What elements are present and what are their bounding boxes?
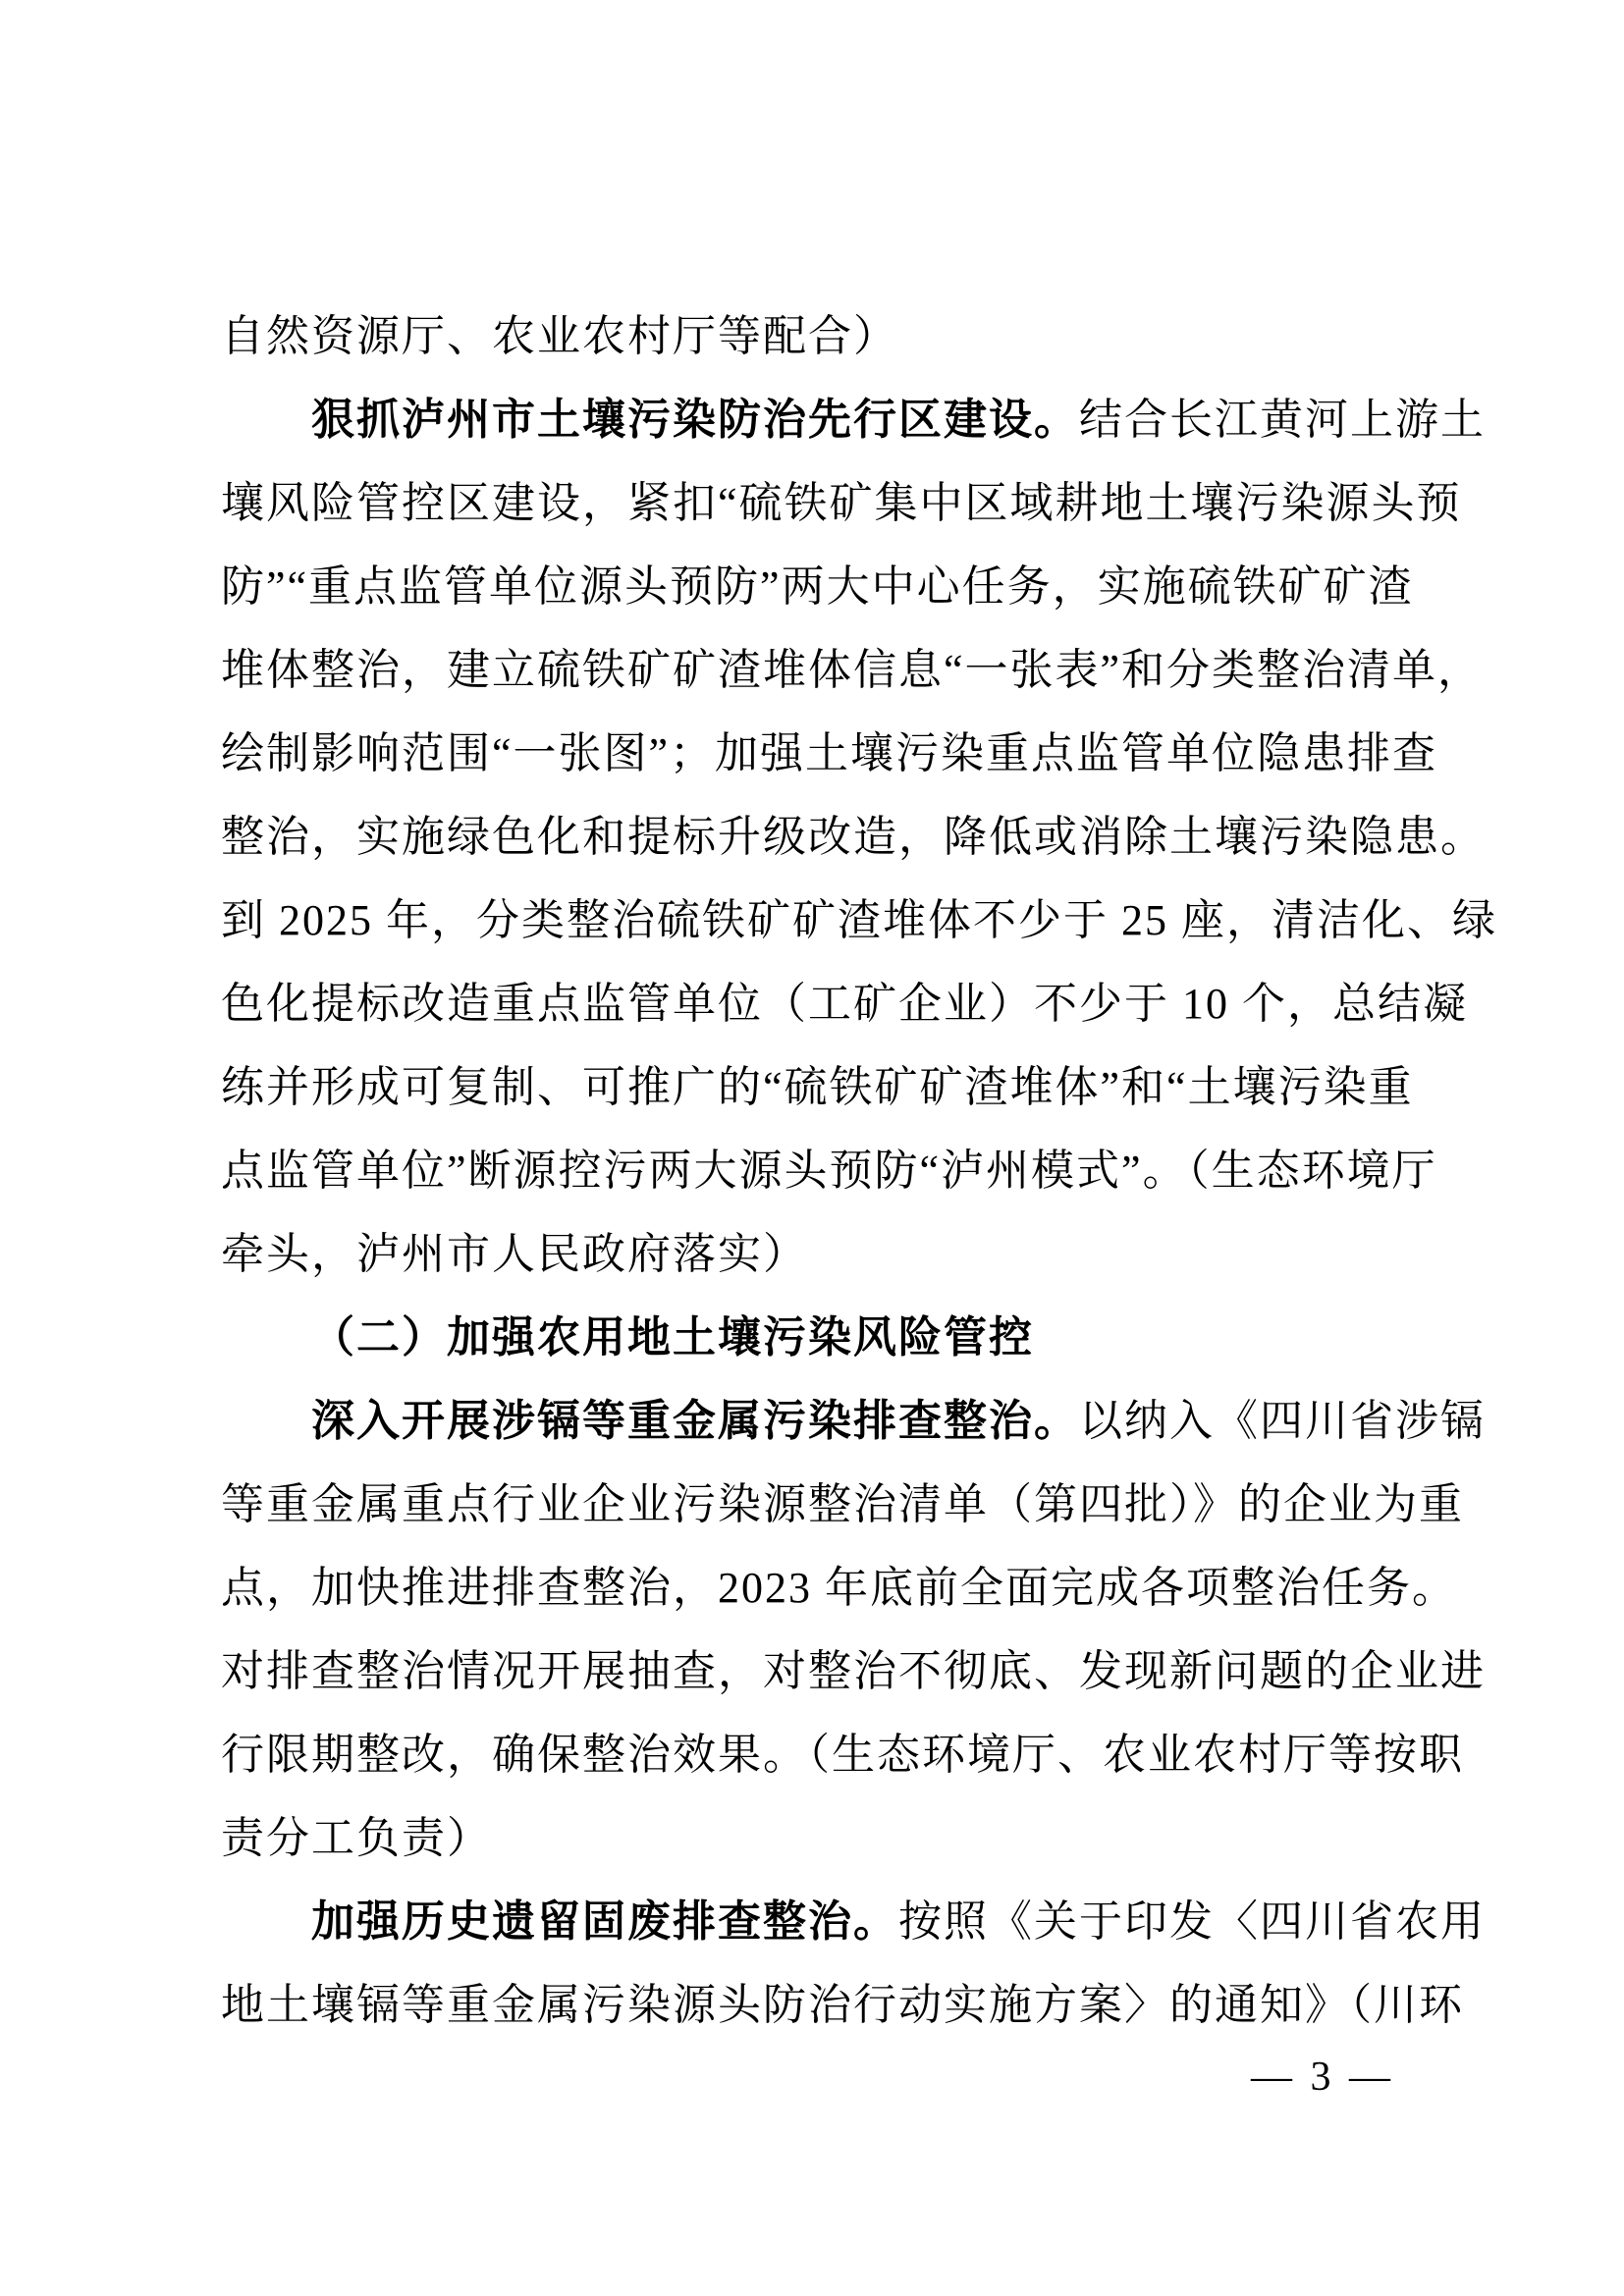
- text-run: 地土壤镉等重金属污染源头防治行动实施方案〉的通知》（川环: [221, 1981, 1464, 2029]
- bold-text-run: 加强历史遗留固废排查整治。: [311, 1897, 898, 1946]
- text-run: 结合长江黄河上游土: [1079, 396, 1486, 444]
- text-run: 责分工负责）: [221, 1814, 492, 1862]
- text-run: 防”“重点监管单位源头预防”两大中心任务，实施硫铁矿矿渣: [221, 562, 1414, 611]
- text-line: 练并形成可复制、可推广的“硫铁矿矿渣堆体”和“土壤污染重: [221, 1045, 1473, 1129]
- text-run: 壤风险管控区建设，紧扣“硫铁矿集中区域耕地土壤污染源头预: [221, 479, 1462, 527]
- page-number: — 3 —: [1251, 2052, 1394, 2103]
- text-run: 行限期整改，确保整治效果。（生态环境厅、农业农村厅等按职: [221, 1731, 1464, 1779]
- text-line: 自然资源厅、农业农村厅等配合）: [221, 294, 1473, 378]
- text-line: 深入开展涉镉等重金属污染排查整治。以纳入《四川省涉镉: [221, 1379, 1473, 1463]
- text-run: 按照《关于印发〈四川省农用: [898, 1897, 1486, 1946]
- text-line: 色化提标改造重点监管单位（工矿企业）不少于 10 个，总结凝: [221, 962, 1473, 1045]
- text-line: 整治，实施绿色化和提标升级改造，降低或消除土壤污染隐患。: [221, 795, 1473, 879]
- text-line: 加强历史遗留固废排查整治。按照《关于印发〈四川省农用: [221, 1880, 1473, 1963]
- text-run: 点监管单位”断源控污两大源头预防“泸州模式”。（生态环境厅: [221, 1147, 1437, 1195]
- text-line: 壤风险管控区建设，紧扣“硫铁矿集中区域耕地土壤污染源头预: [221, 461, 1473, 545]
- text-line: 绘制影响范围“一张图”；加强土壤污染重点监管单位隐患排查: [221, 712, 1473, 795]
- document-page: 自然资源厅、农业农村厅等配合）狠抓泸州市土壤污染防治先行区建设。结合长江黄河上游…: [0, 0, 1624, 2296]
- text-run: 整治，实施绿色化和提标升级改造，降低或消除土壤污染隐患。: [221, 813, 1486, 861]
- text-run: 等重金属重点行业企业污染源整治清单（第四批）》的企业为重: [221, 1480, 1464, 1528]
- document-body: 自然资源厅、农业农村厅等配合）狠抓泸州市土壤污染防治先行区建设。结合长江黄河上游…: [221, 294, 1473, 2047]
- text-run: 练并形成可复制、可推广的“硫铁矿矿渣堆体”和“土壤污染重: [221, 1063, 1414, 1111]
- text-run: 对排查整治情况开展抽查，对整治不彻底、发现新问题的企业进: [221, 1647, 1486, 1695]
- text-line: 牵头，泸州市人民政府落实）: [221, 1212, 1473, 1296]
- text-line: 防”“重点监管单位源头预防”两大中心任务，实施硫铁矿矿渣: [221, 545, 1473, 628]
- text-line: （二）加强农用地土壤污染风险管控: [221, 1296, 1473, 1379]
- text-run: 牵头，泸州市人民政府落实）: [221, 1230, 808, 1278]
- text-line: 地土壤镉等重金属污染源头防治行动实施方案〉的通知》（川环: [221, 1963, 1473, 2047]
- text-line: 点监管单位”断源控污两大源头预防“泸州模式”。（生态环境厅: [221, 1129, 1473, 1212]
- text-run: 堆体整治，建立硫铁矿矿渣堆体信息“一张表”和分类整治清单，: [221, 646, 1483, 694]
- text-line: 行限期整改，确保整治效果。（生态环境厅、农业农村厅等按职: [221, 1713, 1473, 1796]
- bold-text-run: （二）加强农用地土壤污染风险管控: [311, 1313, 1034, 1362]
- text-run: 到 2025 年，分类整治硫铁矿矿渣堆体不少于 25 座，清洁化、绿: [221, 896, 1497, 944]
- text-line: 等重金属重点行业企业污染源整治清单（第四批）》的企业为重: [221, 1463, 1473, 1546]
- text-run: 色化提标改造重点监管单位（工矿企业）不少于 10 个，总结凝: [221, 980, 1468, 1028]
- text-line: 堆体整治，建立硫铁矿矿渣堆体信息“一张表”和分类整治清单，: [221, 628, 1473, 712]
- text-line: 狠抓泸州市土壤污染防治先行区建设。结合长江黄河上游土: [221, 378, 1473, 461]
- bold-text-run: 狠抓泸州市土壤污染防治先行区建设。: [311, 396, 1079, 444]
- text-line: 对排查整治情况开展抽查，对整治不彻底、发现新问题的企业进: [221, 1629, 1473, 1713]
- bold-text-run: 深入开展涉镉等重金属污染排查整治。: [311, 1397, 1079, 1445]
- text-line: 到 2025 年，分类整治硫铁矿矿渣堆体不少于 25 座，清洁化、绿: [221, 879, 1473, 962]
- text-line: 责分工负责）: [221, 1796, 1473, 1880]
- text-run: 绘制影响范围“一张图”；加强土壤污染重点监管单位隐患排查: [221, 729, 1437, 777]
- text-line: 点，加快推进排查整治，2023 年底前全面完成各项整治任务。: [221, 1546, 1473, 1629]
- text-run: 以纳入《四川省涉镉: [1079, 1397, 1486, 1445]
- text-run: 自然资源厅、农业农村厅等配合）: [221, 312, 898, 360]
- text-run: 点，加快推进排查整治，2023 年底前全面完成各项整治任务。: [221, 1564, 1457, 1612]
